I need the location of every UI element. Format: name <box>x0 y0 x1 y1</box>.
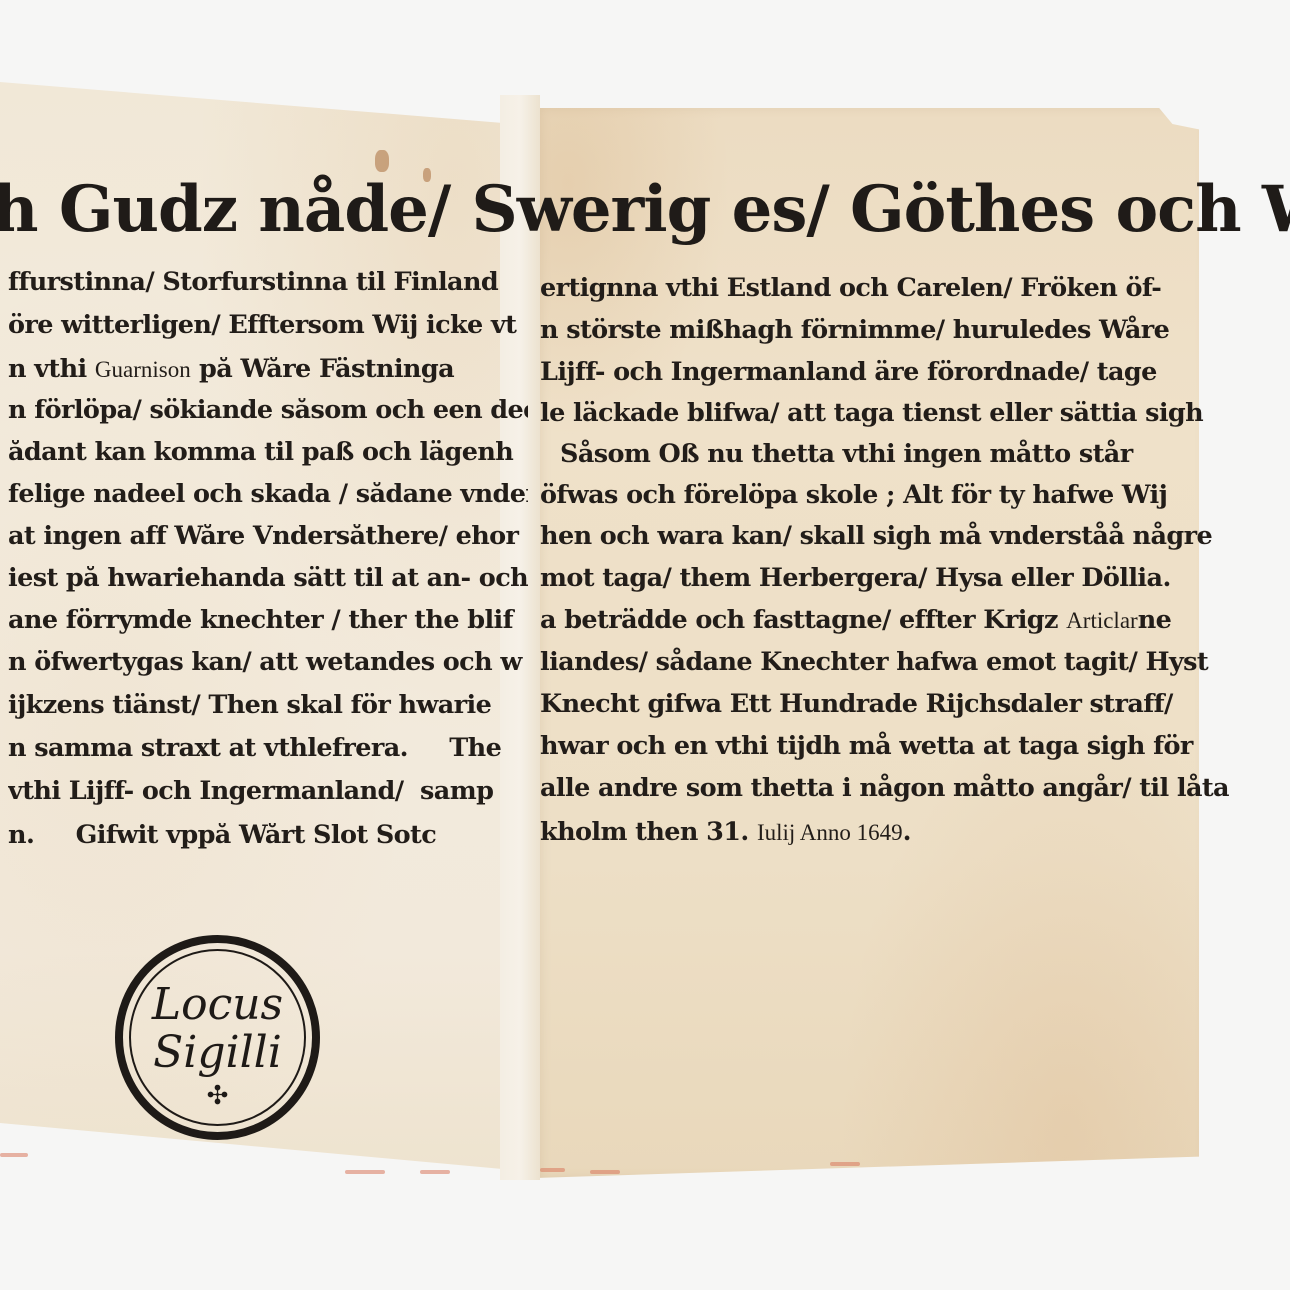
text-line-right: liandes/ sådane Knechter hafwa emot tagi… <box>540 650 1185 676</box>
text-line-left: n vthi Guarnison på Wåre Fästninga <box>8 357 528 383</box>
photo-scene: h Gudz nåde/ Swerig es/ Göthes och Wende… <box>0 0 1290 1290</box>
text-line-left: ane förrymde knechter / ther the blif <box>8 608 528 634</box>
text-line-left: vthi Lijff- och Ingermanland/ samp <box>8 779 528 805</box>
text-line-right: a beträdde och fasttagne/ effter Krigz A… <box>540 608 1185 634</box>
text-line-left: n. Gifwit vppå Wårt Slot Sotc <box>8 823 528 849</box>
text-line-right: Knecht gifwa Ett Hundrade Rijchsdaler st… <box>540 692 1185 718</box>
text-line-left: ijkzens tiänst/ Then skal för hwarie <box>8 693 528 719</box>
text-line-left: n förlöpa/ sökiande såsom och een deel <box>8 398 528 424</box>
text-line-left: at ingen aff Wåre Vndersåthere/ ehor <box>8 524 528 550</box>
locus-sigilli-seal: Locus Sigilli ✣ <box>115 935 320 1140</box>
text-segment: ne <box>1138 605 1172 635</box>
proclamation-heading: h Gudz nåde/ Swerig es/ Göthes och Wende… <box>0 178 1182 242</box>
text-line-left: ffurstinna/ Storfurstinna til Finland <box>8 270 528 296</box>
text-line-right: hen och wara kan/ skall sigh må vnderstå… <box>540 524 1185 550</box>
text-segment: n vthi <box>8 357 95 383</box>
text-line-left: iest på hwariehanda sätt til at an- och <box>8 566 528 592</box>
text-line-left: öre witterligen/ Efftersom Wij icke vt <box>8 313 528 339</box>
date-roman: Iulij Anno 1649 <box>757 820 903 845</box>
text-line-left: felige nadeel och skada / sådane vndersl <box>8 482 528 508</box>
text-line-right: öfwas och förelöpa skole ; Alt för ty ha… <box>540 483 1185 509</box>
text-line-right: alle andre som thetta i någon måtto angå… <box>540 776 1185 802</box>
fleuron-icon: ✣ <box>123 1083 312 1109</box>
text-segment: kholm then 31. <box>540 817 757 847</box>
text-segment: på Wåre Fästninga <box>191 357 454 383</box>
text-line-left: ådant kan komma til paß och lägenh <box>8 440 528 466</box>
text-line-right: le läckade blifwa/ att taga tienst eller… <box>540 401 1185 427</box>
seal-text-locus: Locus <box>123 983 312 1027</box>
text-line-right: mot taga/ them Herbergera/ Hysa eller Dö… <box>540 566 1185 592</box>
text-line-right: Lijff- och Ingermanland äre förordnade/ … <box>540 360 1185 386</box>
text-line-right: n störste mißhagh förnimme/ huruledes Wå… <box>540 318 1185 344</box>
roman-word: Articlar <box>1066 608 1138 633</box>
text-line-left: n öfwertygas kan/ att wetandes och w <box>8 650 528 676</box>
text-segment: a beträdde och fasttagne/ effter Krigz <box>540 605 1066 635</box>
text-line-right: kholm then 31. Iulij Anno 1649. <box>540 820 1185 846</box>
text-segment: . <box>903 817 911 847</box>
roman-word: Guarnison <box>95 357 191 382</box>
text-line-right: Såsom Oß nu thetta vthi ingen måtto står <box>560 442 1205 468</box>
seal-text-sigilli: Sigilli <box>123 1031 312 1075</box>
text-line-right: ertignna vthi Estland och Carelen/ Fröke… <box>540 276 1185 302</box>
text-line-right: hwar och en vthi tijdh må wetta at taga … <box>540 734 1185 760</box>
text-line-left: n samma straxt at vthlefrera. The <box>8 736 528 762</box>
